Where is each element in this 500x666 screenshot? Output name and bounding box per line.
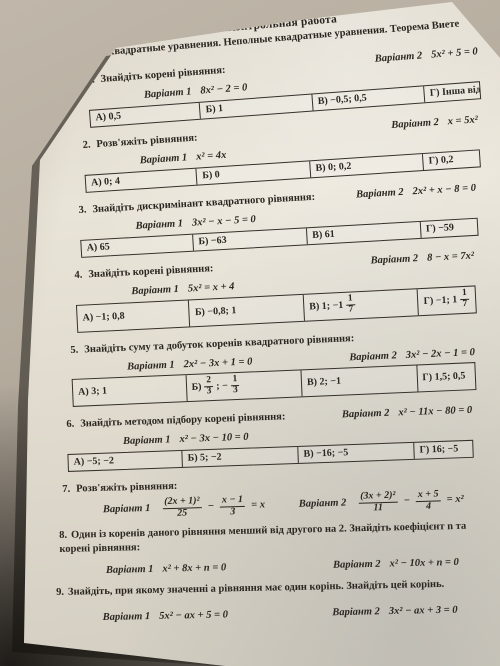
operator: − <box>208 501 215 512</box>
question-9-prompt-row: 9.Знайдіть, при якому значенні a рівнянн… <box>56 577 471 600</box>
question-number: 6. <box>66 419 74 430</box>
variant-1: Варіант 12x² − 3x + 1 = 0 <box>127 351 253 374</box>
answer-option-a: А) −5; −2 <box>68 451 182 471</box>
equation-rhs: = x² <box>447 494 464 505</box>
answer-option-d: Г) 16; −5 <box>413 441 472 459</box>
variant-1-equation: x² + 8x + n = 0 <box>162 562 226 574</box>
question-4: 4.Знайдіть корені рівняння: Варіант 28 −… <box>74 245 477 332</box>
exam-content: Контрольная работа Квадратные уравнения.… <box>56 33 472 632</box>
fraction-numerator: x − 1 <box>220 495 245 507</box>
answer-option-c: В) 0; 0,2 <box>309 154 423 177</box>
operator: − <box>404 496 411 507</box>
variant-1-equation: x² − 3x − 10 = 0 <box>179 432 248 445</box>
question-number: 7. <box>62 484 70 495</box>
answer-option-b: Б) 1 <box>199 95 312 119</box>
answer-option-d: Г) 1,5; 0,5 <box>416 363 476 391</box>
answer-option-b: Б) −63 <box>192 228 307 250</box>
fraction-denominator: 7 <box>460 300 469 310</box>
fraction-denominator: 3 <box>220 506 245 517</box>
answer-option-d: Г) −1; 117 <box>417 286 476 315</box>
fraction: 23 <box>204 376 214 397</box>
variant-1-label: Варіант 1 <box>139 152 187 166</box>
variant-2-label: Варіант 2 <box>342 408 390 421</box>
variant-2-label: Варіант 2 <box>332 606 380 618</box>
answer-option-b: Б) 5; −2 <box>181 447 298 467</box>
fraction: (2x + 1)²25 <box>162 496 202 519</box>
question-number: 8. <box>59 530 67 541</box>
answer-option-c: В) −16; −5 <box>297 443 414 463</box>
variant-2-equation: x = 5x² <box>447 114 478 127</box>
question-number: 3. <box>78 205 86 216</box>
variant-2-equation: 2x² + x − 8 = 0 <box>412 183 476 198</box>
answer-option-b: Б) −0,8; 1 <box>188 295 304 326</box>
answer-text: В) 1; −1 <box>309 300 344 313</box>
variant-2-equation: x² − 10x + n = 0 <box>389 557 459 570</box>
question-number: 5. <box>70 345 78 356</box>
variant-1-label: Варіант 1 <box>106 563 154 575</box>
fraction-denominator: 7 <box>346 305 355 315</box>
variant-2-equation: 3x² − 2x − 1 = 0 <box>406 347 476 361</box>
variant-2-label: Варіант 2 <box>356 187 404 201</box>
fraction-numerator: x + 5 <box>416 489 441 501</box>
answer-separator: ; − <box>216 380 228 391</box>
variant-1-label: Варіант 1 <box>103 610 151 622</box>
question-number: 4. <box>74 270 82 281</box>
answer-option-a: А) 3; 1 <box>73 375 186 406</box>
question-7-prompt-row: 7.Розв'яжіть рівняння: <box>62 476 178 497</box>
variant-1-label: Варіант 1 <box>123 434 171 447</box>
variant-1-label: Варіант 1 <box>144 86 192 100</box>
variant-2: Варіант 2(3x + 2)²11−x + 54= x² <box>298 489 467 516</box>
variant-2-label: Варіант 2 <box>299 497 347 509</box>
variant-2-equation: 5x² + 5 = 0 <box>431 46 478 60</box>
variant-2-equation: 3x² − ax + 3 = 0 <box>389 604 458 616</box>
answer-option-a: А) 0,5 <box>90 103 200 127</box>
exam-paper: Контрольная работа Квадратные уравнения.… <box>0 0 500 666</box>
variant-1-equation: 5x² = x + 4 <box>188 281 235 294</box>
answer-label: Б) <box>191 381 201 392</box>
answer-option-c: В) 1; −117 <box>303 289 419 320</box>
variant-1-equation: (2x + 1)²25−x − 13= x <box>159 500 268 514</box>
question-8-prompt-row: 8.Один із коренів даного рівняння менший… <box>59 520 473 557</box>
question-7: 7.Розв'яжіть рівняння: Варіант 1(2x + 1)… <box>62 467 473 521</box>
answer-option-a: А) 65 <box>81 235 193 257</box>
variant-1: Варіант 1x² + 8x + n = 0 <box>106 557 227 578</box>
question-8: 8.Один із коренів даного рівняння менший… <box>59 520 473 579</box>
fraction: x − 13 <box>220 495 246 518</box>
variant-2-equation: (3x + 2)²11−x + 54= x² <box>355 494 467 508</box>
variant-1: Варіант 15x² − ax + 5 = 0 <box>102 604 228 625</box>
answer-option-d: Г) Інша відповідь <box>423 82 480 102</box>
question-6: 6.Знайдіть методом підбору корені рівнян… <box>66 400 474 472</box>
variant-2-label: Варіант 2 <box>370 253 418 266</box>
question-number: 9. <box>56 586 64 597</box>
variant-1-equation: 8x² − 2 = 0 <box>200 82 248 96</box>
variant-2-label: Варіант 2 <box>349 350 397 363</box>
variant-1-equation: x² = 4x <box>196 150 227 163</box>
question-prompt: Знайдіть, при якому значенні a рівняння … <box>68 578 444 597</box>
variant-1-label: Варіант 1 <box>131 284 179 297</box>
question-9: 9.Знайдіть, при якому значенні a рівнянн… <box>56 577 472 626</box>
fraction: (3x + 2)²11 <box>358 491 398 514</box>
fraction-denominator: 11 <box>358 502 398 514</box>
variant-2: Варіант 23x² − ax + 3 = 0 <box>332 599 458 620</box>
answer-option-c: В) 2; −1 <box>300 365 417 396</box>
question-5: 5.Знайдіть суму та добуток коренів квадр… <box>70 323 476 407</box>
variant-2-label: Варіант 2 <box>374 50 422 64</box>
variant-1-equation: 5x² − ax + 5 = 0 <box>159 609 228 621</box>
question-number: 2. <box>82 139 91 150</box>
answer-option-c: В) −0,5; 0,5 <box>311 86 424 110</box>
fraction: 13 <box>230 375 240 396</box>
fraction: x + 54 <box>416 489 441 512</box>
variant-2: Варіант 2x² − 10x + n = 0 <box>333 552 459 573</box>
answer-option-d: Г) 0,2 <box>422 150 480 170</box>
variant-2-equation: 8 − x = 7x² <box>427 250 474 263</box>
variant-1-label: Варіант 1 <box>103 503 151 515</box>
fraction-denominator: 25 <box>162 507 202 519</box>
question-prompt: Розв'яжіть рівняння: <box>76 481 177 495</box>
variant-1-label: Варіант 1 <box>135 218 183 232</box>
answer-option-c: В) 61 <box>306 222 421 244</box>
variant-2-label: Варіант 2 <box>391 117 439 131</box>
variant-2-label: Варіант 2 <box>333 558 381 570</box>
answer-option-b: Б)23; −13 <box>185 370 302 401</box>
question-prompt: Один із коренів даного рівняння менший в… <box>59 521 466 555</box>
fraction: 17 <box>346 294 356 315</box>
answer-option-d: Г) −59 <box>420 219 478 238</box>
fraction-denominator: 3 <box>231 386 240 396</box>
answer-option-a: А) 0; 4 <box>86 169 197 192</box>
variant-1-equation: 2x² − 3x + 1 = 0 <box>183 356 252 370</box>
variant-1: Варіант 1(2x + 1)²25−x − 13= x <box>103 494 269 521</box>
fraction: 17 <box>460 289 470 310</box>
equation-rhs: = x <box>251 500 265 511</box>
fraction-denominator: 4 <box>416 501 441 512</box>
answer-option-b: Б) 0 <box>196 161 310 184</box>
variant-1-equation: 3x² − x − 5 = 0 <box>192 214 256 229</box>
answer-text: Г) −1; 1 <box>423 294 457 307</box>
question-3: 3.Знайдіть дискримінант квадратного рівн… <box>78 178 479 258</box>
fraction-denominator: 3 <box>205 387 214 397</box>
answer-option-a: А) −1; 0,8 <box>77 300 190 331</box>
variant-1-label: Варіант 1 <box>127 360 175 373</box>
variant-2-equation: x² − 11x − 80 = 0 <box>398 405 472 419</box>
